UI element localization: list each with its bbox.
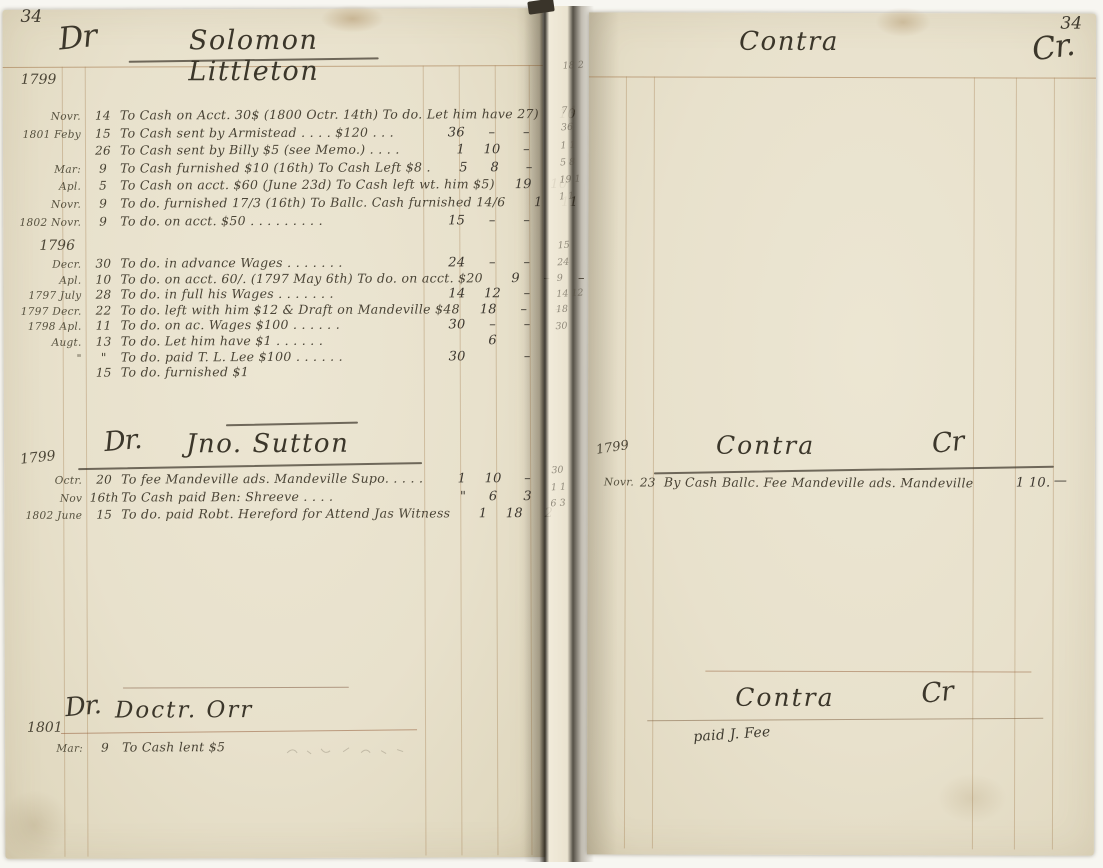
header-rule [589,76,1096,78]
ledger-entry-row: 15 To do. furnished $1 [4,363,544,380]
ghost-number: 9 [556,273,563,284]
year-label: 1799 [19,448,56,468]
column-rule [624,76,627,848]
ghost-number: 6 3 [550,497,566,509]
amount-pence: — [1054,474,1067,489]
entry-date: Nov [4,492,87,504]
year-label: 1799 [21,72,57,88]
entry-description: To fee Mandeville ads. Mandeville Supo. … [121,470,429,486]
column-rule [652,77,655,849]
entry-description: To do. on acct. 60/. (1797 May 6th) To d… [120,270,482,286]
entry-day: 15 [87,508,121,522]
ghost-number: 7 1 [561,105,577,117]
amount-pounds: 1 [1016,475,1025,490]
amount-shillings: – [474,213,510,228]
amount-shillings: – [474,255,510,270]
entry-day: 20 [87,473,121,487]
entry-description: By Cash Ballc. Fee Mandeville ads. Mande… [664,475,974,491]
amount-shillings: 6 [475,333,511,348]
amount-pounds: 15 [428,213,474,228]
ghost-number: 30 [551,465,564,477]
entry-date: 1797 July [3,290,86,302]
entry-group-1796: Decr. 30 To do. in advance Wages . . . .… [3,254,543,381]
paper-stain [0,790,69,860]
entry-date: 1802 Novr. [3,216,86,228]
sutton-entries: Octr. 20 To fee Mandeville ads. Mandevil… [4,470,544,525]
amount-pounds: " [429,489,475,504]
payment-note: paid J. Fee [693,724,771,745]
entry-description: To Cash paid Ben: Shreeve . . . . [121,488,429,504]
ghost-number: 1 1 [559,191,575,203]
entry-date: Novr. [3,199,86,211]
amount-shillings: 10. [1029,475,1051,490]
entry-description: To do. furnished $1 [121,364,429,380]
entry-day: 9 [86,161,120,175]
ledger-entry-row: 1797 Decr. 22 To do. left with him $12 &… [4,301,544,318]
amount-shillings: 10 [475,471,511,486]
entry-description: To do. in full his Wages . . . . . . . [120,286,428,302]
ledger-entry-row: 1798 Apl. 11 To do. on ac. Wages $100 . … [4,316,544,333]
entry-date: Novr. [604,476,634,488]
ghost-number: 1 1 [551,481,567,493]
ledger-entry-row: 1801 Feby 15 To Cash sent by Armistead .… [3,124,543,143]
entry-day: 15 [87,366,121,380]
title-underline [61,729,417,734]
amount-shillings: 12 [474,286,510,301]
entry-day: 11 [87,319,121,333]
entry-day: 9 [86,197,120,211]
orr-entries: Mar: 9 To Cash lent $5 [5,738,545,757]
entry-day: " [87,350,121,364]
entry-date: 1802 June [4,510,87,522]
entry-date: Mar: [3,163,86,175]
entry-description: To do. in advance Wages . . . . . . . [120,254,428,270]
ledger-entry-row: Apl. 5 To Cash on acct. $60 (June 23d) T… [3,176,543,195]
title-underline [78,462,422,470]
year-label: 1801 [27,720,63,736]
entry-date: Novr. [3,111,86,123]
entry-day: 28 [86,288,120,302]
ledger-entry-row: Novr. 9 To do. furnished 17/3 (16th) To … [3,194,543,213]
account-title: Solomon Littleton [131,25,377,88]
title-underline [647,718,1043,721]
credit-side-label: Cr [930,426,965,460]
entry-description: To do. left with him $12 & Draft on Mand… [121,301,460,317]
ghost-number: 18 2 [562,60,584,72]
gutter-shading [587,12,619,854]
sub-account-title: Jno. Sutton [186,429,349,460]
entry-day: 15 [86,126,120,140]
amount-shillings: 10 [474,142,510,157]
section-rule [123,687,349,689]
entry-date: Mar: [5,743,88,755]
amount-pounds: 14 [428,286,474,301]
ledger-entry-row: " " To do. paid T. L. Lee $100 . . . . .… [4,348,544,365]
credit-side-label: Cr [920,676,955,710]
amount-shillings: – [474,125,510,140]
left-ledger-page: 34 Dr Solomon Littleton 1799 Novr. 14 To… [3,8,546,859]
entry-day: 14 [86,109,120,123]
entry-description: To Cash on acct. $60 (June 23d) To Cash … [120,177,495,193]
ledger-entry-row: Mar: 9 To Cash lent $5 [5,738,545,757]
page-number: 34 [21,7,43,27]
ledger-entry-row: Decr. 30 To do. in advance Wages . . . .… [3,254,543,271]
ledger-entry-row: Apl. 10 To do. on acct. 60/. (1797 May 6… [3,270,543,287]
ghost-number: 30 [555,321,568,333]
amount-pounds: 5 [431,160,477,175]
entry-day: 16th [87,490,121,504]
amount-shillings: 6 [475,489,511,504]
entry-day: 9 [86,214,120,228]
ledger-entry-row: Nov 16th To Cash paid Ben: Shreeve . . .… [4,488,544,507]
column-rule [972,77,975,849]
entry-date: 1801 Feby [3,128,86,140]
entry-date: 1798 Apl. [4,321,87,333]
right-ledger-page: Contra 34 Cr. Contra Cr 1799 Novr. 23 By… [587,12,1096,855]
amount-pounds: 1 [429,471,475,486]
faint-pencil-marks [285,743,415,759]
entry-date: Apl. [3,181,86,193]
ghost-number: 36 [561,122,574,134]
contra-section-title: Contra [716,431,815,460]
section-rule [226,422,358,426]
amount-pounds: 30 [429,318,475,333]
debit-side-label: Dr. [64,690,102,723]
entry-description: To do. on acct. $50 . . . . . . . . . [120,212,428,228]
contra-section-title: Contra [735,683,834,712]
section-rule [705,671,1031,673]
sub-account-title: Doctr. Orr [115,697,253,723]
entry-day: 13 [87,335,121,349]
contra-title: Contra [684,27,894,58]
ghost-number: 15 [557,240,570,252]
entry-description: To Cash on Acct. 30$ (1800 Octr. 14th) T… [120,106,539,122]
debit-side-label: Dr. [103,424,143,458]
ledger-entry-row: 1797 July 28 To do. in full his Wages . … [3,285,543,302]
ledger-entry-row: Octr. 20 To fee Mandeville ads. Mandevil… [4,470,544,489]
amount-shillings: 8 [477,160,513,175]
entry-description: To do. Let him have $1 . . . . . . [121,332,429,348]
entry-description: To Cash furnished $10 (16th) To Cash Lef… [120,159,431,175]
ledger-entry-row: Mar: 9 To Cash furnished $10 (16th) To C… [3,159,543,178]
entry-day: 9 [88,741,122,755]
amount-shillings: – [475,318,511,333]
ledger-entry-row: 1802 Novr. 9 To do. on acct. $50 . . . .… [3,212,543,231]
ledger-entry-row: 1802 June 15 To do. paid Robt. Hereford … [4,505,544,524]
entry-day: 26 [86,144,120,158]
amount-pounds: 24 [428,255,474,270]
ghost-number: 5 8 [560,157,576,169]
entry-day: 5 [86,179,120,193]
debit-side-label: Dr [57,18,98,58]
ledger-entry-row: Augt. 13 To do. Let him have $1 . . . . … [4,332,544,349]
entry-day: 23 [640,475,656,489]
entry-description: To do. furnished 17/3 (16th) To Ballc. C… [120,194,505,210]
ghost-number: 1 1 [560,140,576,152]
entry-description: To do. paid Robt. Hereford for Attend Ja… [121,506,450,522]
ghost-number: 14 12 [556,287,584,300]
ghost-number: 19 1 [559,174,581,186]
credit-side-label: Cr. [1030,27,1077,68]
entry-day: 10 [86,272,120,286]
entry-date: Decr. [3,259,86,271]
entry-day: 22 [87,303,121,317]
entry-date: 1797 Decr. [4,305,87,317]
amount-pounds: 1 [450,506,496,521]
column-rule [1014,77,1017,849]
column-rule [1052,78,1055,850]
entry-date: Augt. [4,337,87,349]
entry-group-1799: Novr. 14 To Cash on Acct. 30$ (1800 Octr… [3,106,543,231]
ledger-entry-row: 26 To Cash sent by Billy $5 (see Memo.) … [3,141,543,160]
entry-description: To do. on ac. Wages $100 . . . . . . [121,317,429,333]
amount-pounds: 36 [428,125,474,140]
entry-date: " [4,352,87,364]
amount-pounds: 1 [428,142,474,157]
group-year-label: 1796 [39,238,75,254]
ghost-number: 24 [557,257,570,269]
entry-date: Apl. [3,274,86,286]
ghost-number: 18 [556,304,569,316]
amount-pounds: 9 [483,271,529,286]
entry-description: To Cash sent by Billy $5 (see Memo.) . .… [120,142,428,158]
ledger-photo: 34 Dr Solomon Littleton 1799 Novr. 14 To… [0,0,1103,868]
entry-date: Octr. [4,475,87,487]
ledger-entry-row: Novr. 14 To Cash on Acct. 30$ (1800 Octr… [3,106,543,125]
amount-pounds: 18 [460,302,506,317]
amount-pounds: 30 [429,349,475,364]
entry-description: To do. paid T. L. Lee $100 . . . . . . [121,348,429,364]
title-underline [654,466,1054,475]
entry-day: 30 [86,257,120,271]
entry-description: To Cash sent by Armistead . . . . $120 .… [120,124,428,140]
